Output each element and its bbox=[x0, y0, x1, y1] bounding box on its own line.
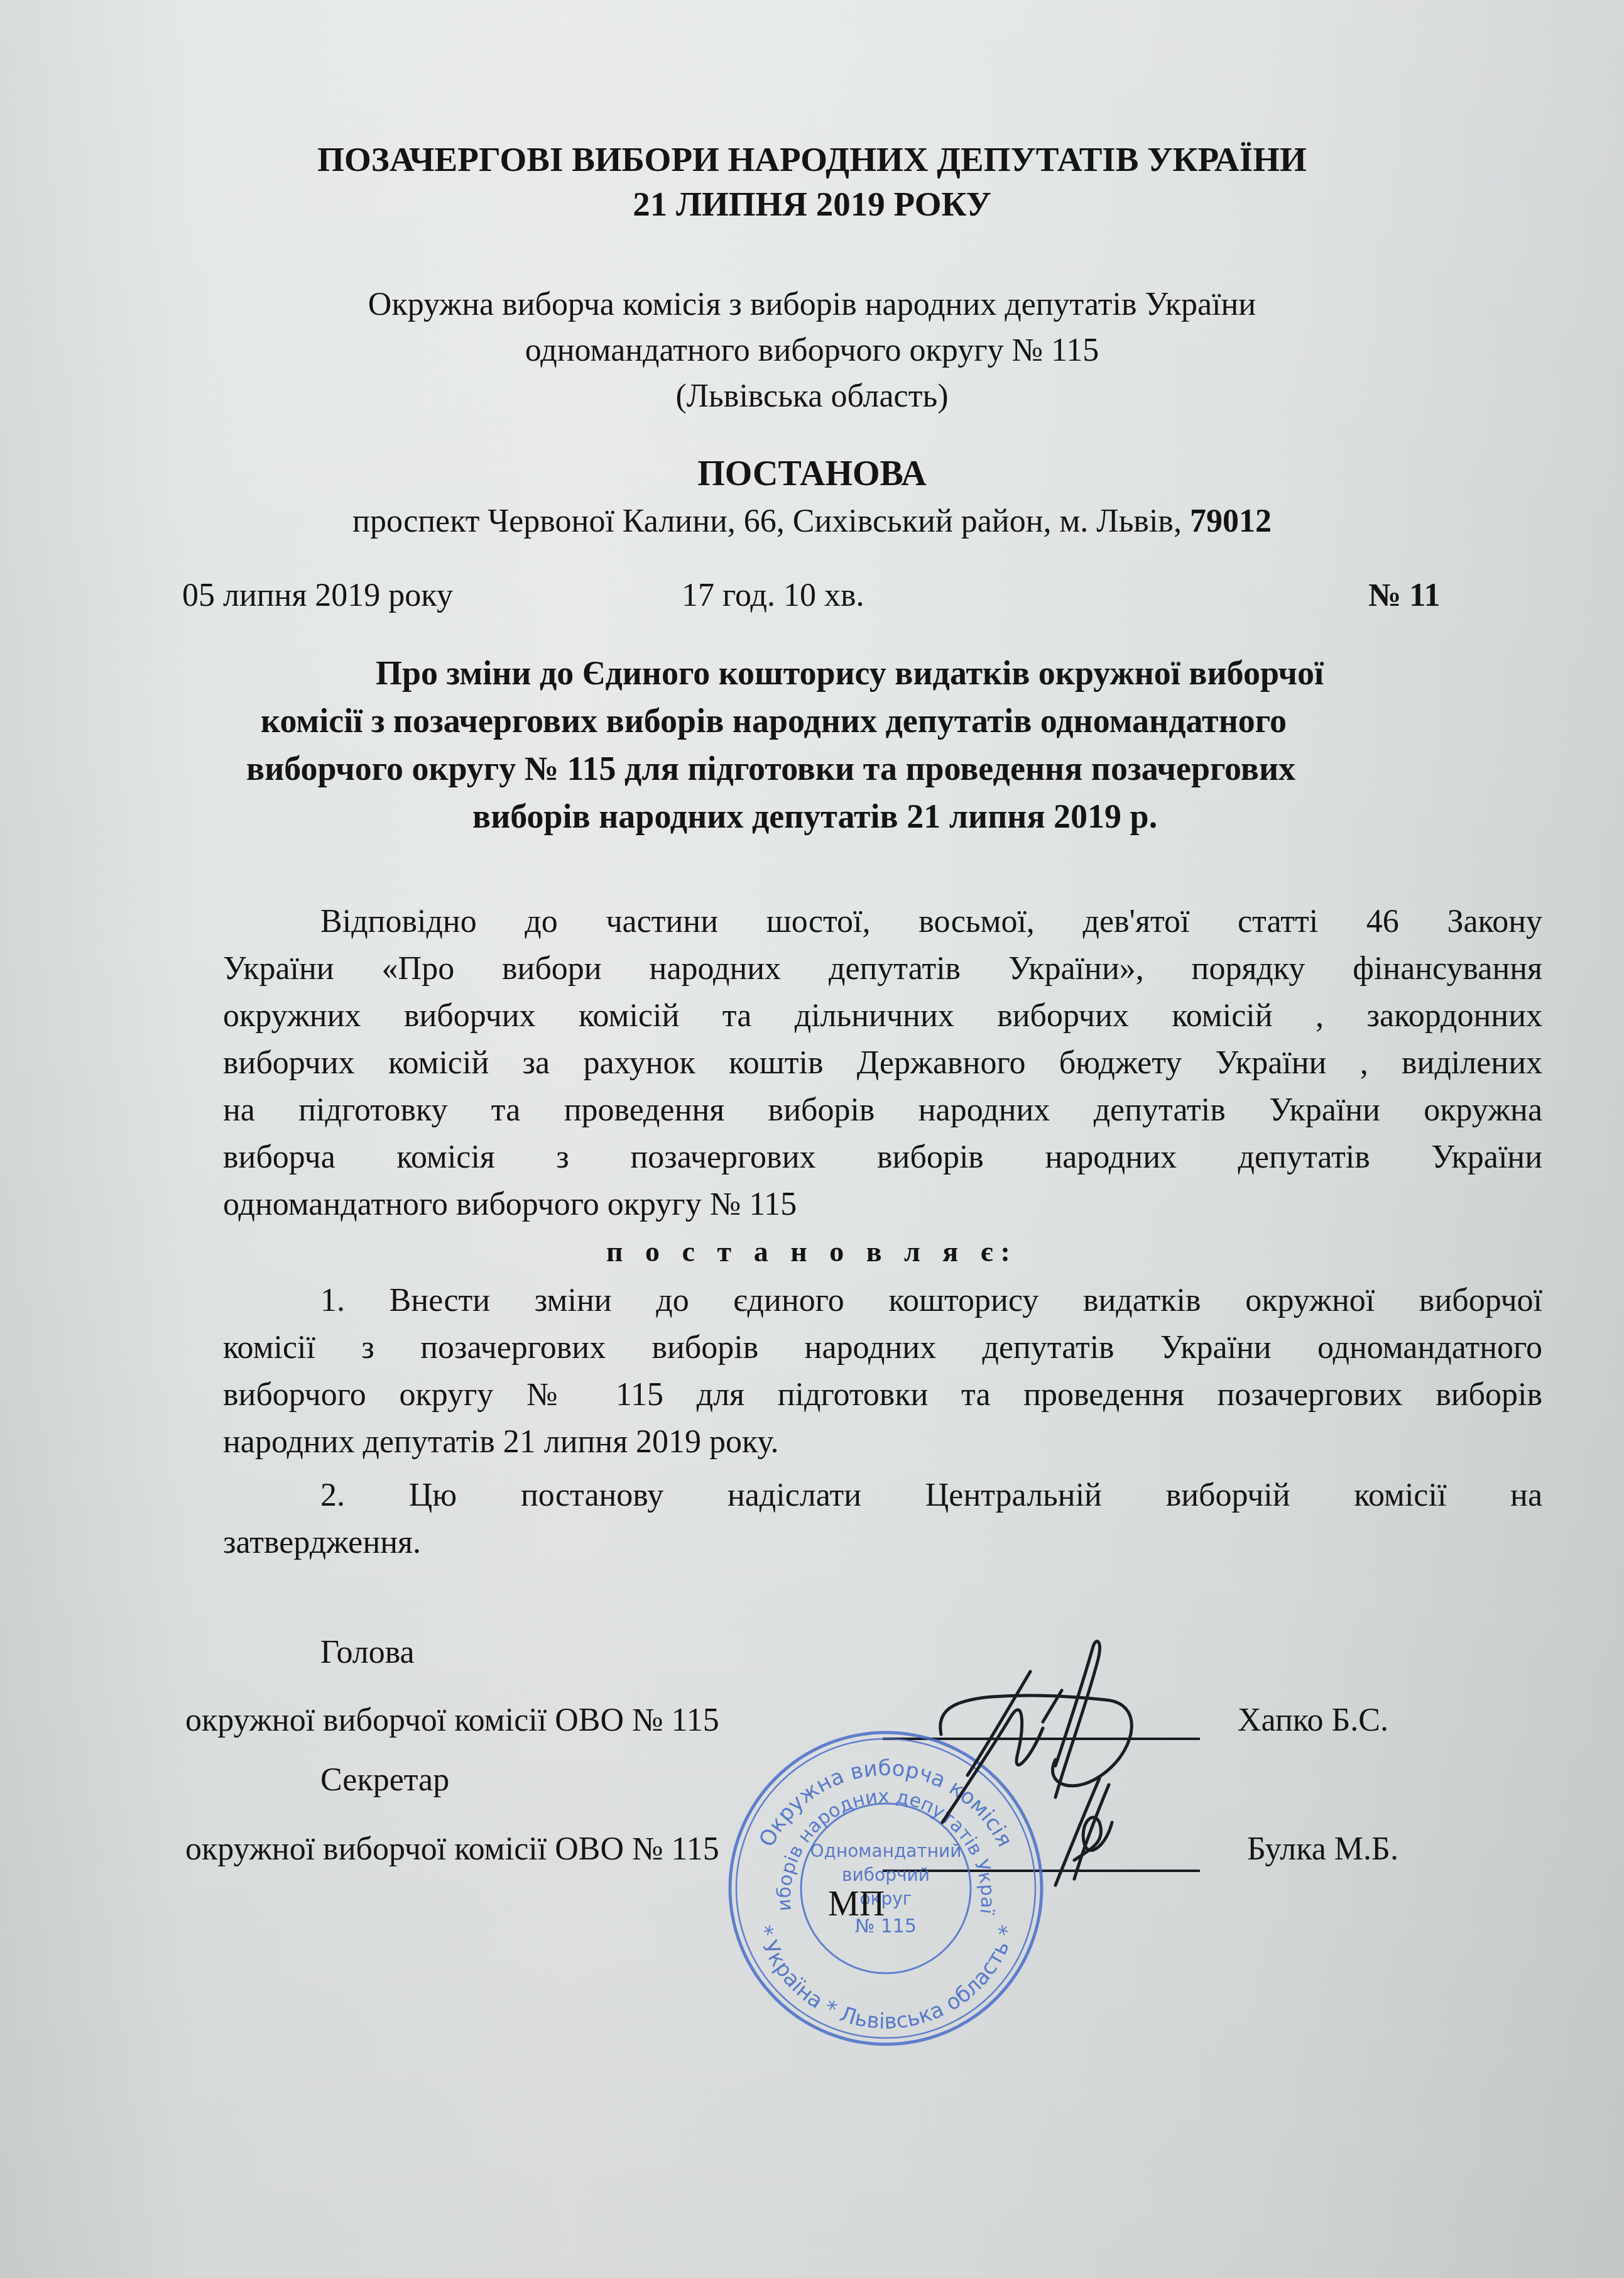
title-line2: комісії з позачергових виборів народних … bbox=[261, 701, 1287, 740]
address: проспект Червоної Калини, 66, Сихівський… bbox=[0, 503, 1624, 540]
document-time: 17 год. 10 хв. bbox=[682, 577, 864, 614]
address-postcode: 79012 bbox=[1190, 503, 1272, 539]
document-type: ПОСТАНОВА bbox=[0, 454, 1624, 494]
item-2-line: затвердження. bbox=[223, 1524, 421, 1561]
title-line4: виборів народних депутатів 21 липня 2019… bbox=[472, 797, 1157, 836]
resolves-heading: п о с т а н о в л я є: bbox=[0, 1235, 1624, 1268]
item-1-line: 1. Внести зміни до єдиного кошторису вид… bbox=[320, 1282, 1542, 1319]
secretary-org: окружної виборчої комісії ОВО № 115 bbox=[185, 1831, 719, 1868]
secretary-name: Булка М.Б. bbox=[1247, 1831, 1398, 1868]
item-1-line: виборчого округу № 115 для підготовки та… bbox=[223, 1376, 1542, 1413]
chairman-name: Хапко Б.С. bbox=[1238, 1702, 1388, 1739]
secretary-role: Секретар bbox=[320, 1761, 449, 1799]
preamble-line: України «Про вибори народних депутатів У… bbox=[223, 950, 1542, 987]
preamble-line: Відповідно до частини шостої, восьмої, д… bbox=[320, 903, 1542, 940]
item-1-line: народних депутатів 21 липня 2019 року. bbox=[223, 1423, 778, 1460]
preamble-line: виборча комісія з позачергових виборів н… bbox=[223, 1139, 1542, 1176]
item-2-line: 2. Цю постанову надіслати Центральній ви… bbox=[320, 1477, 1542, 1514]
document-date: 05 липня 2019 року bbox=[182, 577, 453, 614]
commission-line3: (Львівська область) bbox=[0, 378, 1624, 415]
item-1-line: комісії з позачергових виборів народних … bbox=[223, 1329, 1542, 1366]
chairman-org: окружної виборчої комісії ОВО № 115 bbox=[185, 1702, 719, 1739]
commission-line2: одномандатного виборчого округу № 115 bbox=[0, 332, 1624, 369]
commission-line1: Окружна виборча комісія з виборів народн… bbox=[0, 286, 1624, 323]
title-line3: виборчого округу № 115 для підготовки та… bbox=[246, 749, 1295, 788]
election-header-line2: 21 ЛИПНЯ 2019 РОКУ bbox=[0, 184, 1624, 224]
preamble-line: окружних виборчих комісій та дільничних … bbox=[223, 997, 1542, 1034]
preamble-line: виборчих комісій за рахунок коштів Держа… bbox=[223, 1044, 1542, 1082]
svg-text:* Україна * Львівська область: * Україна * Львівська область * bbox=[751, 1923, 1020, 2034]
preamble-line: на підготовку та проведення виборів наро… bbox=[223, 1092, 1542, 1129]
chairman-role: Голова bbox=[320, 1634, 415, 1671]
preamble-line: одномандатного виборчого округу № 115 bbox=[223, 1186, 797, 1223]
election-header-line1: ПОЗАЧЕРГОВІ ВИБОРИ НАРОДНИХ ДЕПУТАТІВ УК… bbox=[0, 140, 1624, 179]
address-text: проспект Червоної Калини, 66, Сихівський… bbox=[352, 503, 1190, 539]
title-line1: Про зміни до Єдиного кошторису видатків … bbox=[376, 654, 1324, 693]
document-number: № 11 bbox=[1368, 577, 1440, 614]
handwritten-signature-icon bbox=[867, 1634, 1219, 1898]
